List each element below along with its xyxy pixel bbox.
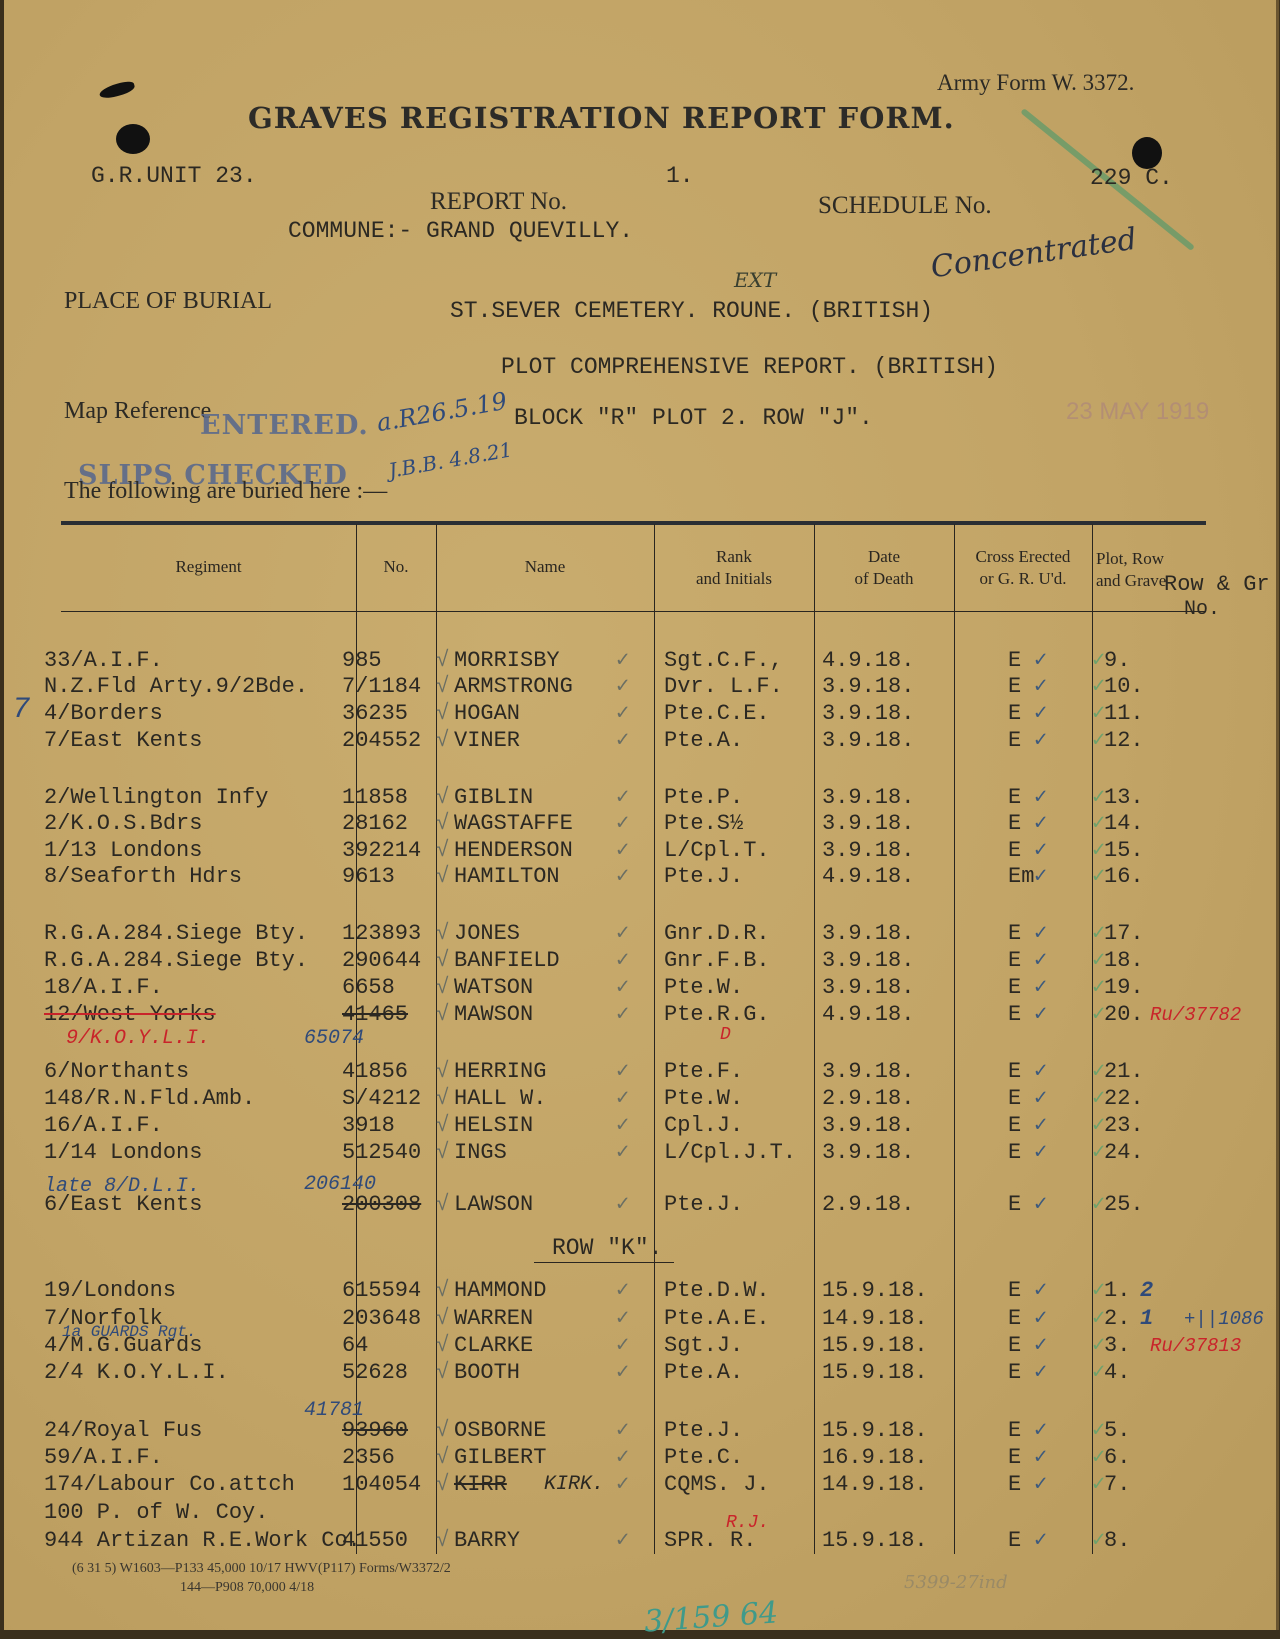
checkmark-icon: ✓ [1034,648,1047,674]
map-reference-label: Map Reference [64,398,211,425]
checkmark-icon: ✓ [1034,1278,1047,1304]
regiment-cell: 4/Borders [44,701,163,727]
grave-annotation: +||1086 [1184,1306,1264,1332]
checkmark-icon: ✓ [616,975,629,1001]
regiment-cell-line2: 100 P. of W. Coy. [44,1500,268,1526]
concentration-note: Concentrated [929,222,1139,286]
checkmark-icon: ✓ [616,1086,629,1112]
header-rank: Rank and Initials [654,546,814,590]
regiment-cell: 19/Londons [44,1278,176,1304]
name-cell: OSBORNE [454,1418,546,1444]
name-cell: ARMSTRONG [454,674,573,700]
grave-number-cell: 20. [1104,1002,1144,1028]
report-number-label: REPORT No. [430,188,567,216]
checkmark-icon: √ [436,1333,449,1359]
grave-number-cell: 24. [1104,1140,1144,1166]
table-row: 944 Artizan R.E.Work Co.41550BARRYSPR. R… [4,1528,1276,1554]
service-number-cell: 615594 [342,1278,421,1304]
service-number-cell: S/4212 [342,1086,421,1112]
cross-erected-cell: Em [1008,864,1034,890]
name-cell: VINER [454,728,520,754]
checkmark-icon: ✓ [1034,1086,1047,1112]
checkmark-icon: ✓ [1092,1002,1105,1028]
name-cell: HENDERSON [454,838,573,864]
table-row: 33/A.I.F.985MORRISBYSgt.C.F.,4.9.18.E9.√… [4,648,1276,674]
grave-number-cell: 12. [1104,728,1144,754]
checkmark-icon: ✓ [1092,1418,1105,1444]
regiment-cell: 18/A.I.F. [44,975,163,1001]
regiment-cell: 148/R.N.Fld.Amb. [44,1086,255,1112]
checkmark-icon: ✓ [616,1278,629,1304]
grave-annotation: Ru/37782 [1150,1002,1241,1028]
grave-annotation: Ru/37813 [1150,1333,1241,1359]
rank-initials-cell: Pte.J. [664,1192,743,1218]
date-of-death-cell: 3.9.18. [822,975,914,1001]
checkmark-icon: ✓ [616,1528,629,1554]
map-reference-value: BLOCK "R" PLOT 2. ROW "J". [514,405,873,431]
date-of-death-cell: 14.9.18. [822,1306,928,1332]
rank-initials-cell: Pte.A.E. [664,1306,770,1332]
checkmark-icon: √ [436,1528,449,1554]
checkmark-icon: ✓ [1034,864,1047,890]
grave-number-cell: 2. [1104,1306,1130,1332]
service-number-cell: 64 [342,1333,368,1359]
name-cell: WARREN [454,1306,533,1332]
checkmark-icon: ✓ [1092,1472,1105,1498]
rank-initials-cell: L/Cpl.J.T. [664,1140,796,1166]
name-cell: BOOTH [454,1360,520,1386]
date-of-death-cell: 15.9.18. [822,1278,928,1304]
checkmark-icon: √ [436,674,449,700]
table-row: 4/Borders36235HOGANPte.C.E.3.9.18.E11.√✓… [4,701,1276,727]
checkmark-icon: √ [436,1360,449,1386]
cross-erected-cell: E [1008,1360,1021,1386]
cross-erected-cell: E [1008,1418,1021,1444]
checkmark-icon: ✓ [1034,785,1047,811]
table-header-rule [61,611,1206,612]
cross-erected-cell: E [1008,1333,1021,1359]
checkmark-icon: ✓ [616,1472,629,1498]
cross-erected-cell: E [1008,1192,1021,1218]
table-row: 4/M.G.Guards64CLARKESgt.J.15.9.18.E3.√✓✓… [4,1333,1276,1359]
checkmark-icon: ✓ [616,1140,629,1166]
rank-initials-cell: Pte.S½ [664,811,743,837]
checkmark-icon: √ [436,728,449,754]
rank-initials-cell: Gnr.F.B. [664,948,770,974]
checkmark-icon: ✓ [616,1418,629,1444]
service-number-cell: 123893 [342,921,421,947]
checkmark-icon: √ [436,948,449,974]
cross-erected-cell: E [1008,785,1021,811]
name-cell: CLARKE [454,1333,533,1359]
date-of-death-cell: 3.9.18. [822,701,914,727]
checkmark-icon: √ [436,1445,449,1471]
grave-number-correction: 1 [1140,1306,1153,1332]
checkmark-icon: √ [436,838,449,864]
regiment-cell: 6/Northants [44,1059,189,1085]
regiment-cell: 16/A.I.F. [44,1113,163,1139]
table-row: 6/East Kents200308LAWSONPte.J.2.9.18.E25… [4,1192,1276,1218]
checkmark-icon: ✓ [1034,1306,1047,1332]
date-of-death-cell: 15.9.18. [822,1333,928,1359]
grave-number-cell: 5. [1104,1418,1130,1444]
date-of-death-cell: 3.9.18. [822,948,914,974]
service-number-cell: 7/1184 [342,674,421,700]
grave-number-cell: 19. [1104,975,1144,1001]
grave-number-cell: 18. [1104,948,1144,974]
header-number: No. [356,556,436,578]
name-cell: GILBERT [454,1445,546,1471]
name-cell: HAMILTON [454,864,560,890]
table-row: 1/13 Londons392214HENDERSONL/Cpl.T.3.9.1… [4,838,1276,864]
plot-report-line: PLOT COMPREHENSIVE REPORT. (BRITISH) [501,354,998,380]
checkmark-icon: √ [436,1192,449,1218]
checkmark-icon: ✓ [616,1002,629,1028]
place-of-burial-value: ST.SEVER CEMETERY. ROUNE. (BRITISH) [450,298,933,324]
checkmark-icon: ✓ [1092,864,1105,890]
rank-initials-cell: Cpl.J. [664,1113,743,1139]
rank-initials-cell: Pte.C. [664,1445,743,1471]
checkmark-icon: ✓ [616,864,629,890]
checkmark-icon: √ [436,1140,449,1166]
cross-erected-cell: E [1008,948,1021,974]
service-number-cell: 36235 [342,701,408,727]
grave-number-cell: 13. [1104,785,1144,811]
table-top-rule [61,521,1206,525]
form-title: GRAVES REGISTRATION REPORT FORM. [248,101,955,135]
report-number-value: 1. [666,163,694,189]
checkmark-icon: ✓ [1034,811,1047,837]
checkmark-icon: √ [436,1306,449,1332]
checkmark-icon: ✓ [1034,975,1047,1001]
table-row: 19/Londons615594HAMMONDPte.D.W.15.9.18.E… [4,1278,1276,1304]
rank-initials-cell: Pte.P. [664,785,743,811]
rank-initials-cell: Sgt.J. [664,1333,743,1359]
checkmark-icon: √ [436,1086,449,1112]
name-cell: BANFIELD [454,948,560,974]
checkmark-icon: ✓ [1092,1140,1105,1166]
date-of-death-cell: 3.9.18. [822,1113,914,1139]
cross-erected-cell: E [1008,1086,1021,1112]
checkmark-icon: ✓ [1092,1278,1105,1304]
service-number-cell: 290644 [342,948,421,974]
checkmark-icon: ✓ [1092,1306,1105,1332]
checkmark-icon: ✓ [1092,674,1105,700]
rank-initials-cell: Pte.J. [664,864,743,890]
checkmark-icon: ✓ [1034,701,1047,727]
table-row: N.Z.Fld Arty.9/2Bde.7/1184ARMSTRONGDvr. … [4,674,1276,700]
service-number-cell: 392214 [342,838,421,864]
table-row: 8/Seaforth Hdrs9613HAMILTONPte.J.4.9.18.… [4,864,1276,890]
date-of-death-cell: 3.9.18. [822,921,914,947]
table-row: 12/West Yorks41465MAWSONPte.R.G.4.9.18.E… [4,1002,1276,1028]
service-number-cell: 28162 [342,811,408,837]
schedule-number-label: SCHEDULE No. [818,192,992,220]
checkmark-icon: √ [436,1002,449,1028]
checkmark-icon: ✓ [1034,838,1047,864]
regiment-cell: 7/East Kents [44,728,202,754]
buried-here-label: The following are buried here :— [64,478,387,505]
regiment-cell: 24/Royal Fus [44,1418,202,1444]
rank-initials-cell: Gnr.D.R. [664,921,770,947]
header-plot-overtype: Row & Gr [1164,572,1270,597]
rank-initials-cell: Pte.D.W. [664,1278,770,1304]
grave-number-cell: 15. [1104,838,1144,864]
checkmark-icon: ✓ [1034,1472,1047,1498]
name-cell: INGS [454,1140,507,1166]
header-date-of-death: Date of Death [814,546,954,590]
checkmark-icon: ✓ [616,1360,629,1386]
cross-erected-cell: E [1008,728,1021,754]
service-number-cell: 3918 [342,1113,395,1139]
name-cell: HAMMOND [454,1278,546,1304]
rank-initials-cell: Sgt.C.F., [664,648,783,674]
checkmark-icon: ✓ [616,701,629,727]
checkmark-icon: ✓ [1034,1418,1047,1444]
service-number-correction: 65074 [304,1026,364,1052]
date-of-death-cell: 4.9.18. [822,648,914,674]
rank-initials-cell: Dvr. L.F. [664,674,783,700]
regiment-correction: late 8/D.L.I. [44,1174,200,1200]
regiment-cell: 2/4 K.O.Y.L.I. [44,1360,229,1386]
place-of-burial-label: PLACE OF BURIAL [64,288,272,315]
row-k-label: ROW "K". [552,1235,662,1261]
service-number-cell: 2356 [342,1445,395,1471]
service-number-cell: 985 [342,648,382,674]
date-of-death-cell: 4.9.18. [822,864,914,890]
name-cell: HALL W. [454,1086,546,1112]
service-number-cell: 203648 [342,1306,421,1332]
header-plot-overtype-no: No. [1184,598,1220,621]
regiment-cell: 59/A.I.F. [44,1445,163,1471]
cross-erected-cell: E [1008,838,1021,864]
table-row: R.G.A.284.Siege Bty.290644BANFIELDGnr.F.… [4,948,1276,974]
regiment-cell: 1/13 Londons [44,838,202,864]
header-name: Name [436,556,654,578]
table-row: 2/Wellington Infy11858GIBLINPte.P.3.9.18… [4,785,1276,811]
regiment-cell: 8/Seaforth Hdrs [44,864,242,890]
header-plot-row-grave: Plot, Row and Grave [1096,548,1166,592]
checkmark-icon: ✓ [616,785,629,811]
checkmark-icon: ✓ [616,811,629,837]
service-number-cell: 41550 [342,1528,408,1554]
cross-erected-cell: E [1008,1278,1021,1304]
date-received-stamp: 23 MAY 1919 [1066,398,1209,426]
checkmark-icon: ✓ [1092,1086,1105,1112]
checkmark-icon: √ [436,648,449,674]
cross-erected-cell: E [1008,921,1021,947]
table-row: 6/Northants41856HERRINGPte.F.3.9.18.E21.… [4,1059,1276,1085]
name-cell: WAGSTAFFE [454,811,573,837]
rank-initials-cell: Pte.C.E. [664,701,770,727]
checkmark-icon: √ [436,864,449,890]
checkmark-icon: ✓ [1034,1360,1047,1386]
rank-initials-cell: Pte.W. [664,975,743,1001]
cross-erected-cell: E [1008,674,1021,700]
checkmark-icon: ✓ [1034,1333,1047,1359]
name-cell: MAWSON [454,1002,533,1028]
regiment-cell: 2/Wellington Infy [44,785,268,811]
table-row: 2/4 K.O.Y.L.I.52628BOOTHPte.A.15.9.18.E4… [4,1360,1276,1386]
checkmark-icon: ✓ [1092,1059,1105,1085]
cross-erected-cell: E [1008,648,1021,674]
checkmark-icon: ✓ [616,1192,629,1218]
date-of-death-cell: 2.9.18. [822,1086,914,1112]
checkmark-icon: ✓ [616,948,629,974]
print-reference-line1: (6 31 5) W1603—P133 45,000 10/17 HWV(P11… [72,1561,451,1577]
regiment-cell: 944 Artizan R.E.Work Co. [44,1528,361,1554]
entered-stamp: ENTERED. [200,410,369,441]
checkmark-icon: ✓ [1092,921,1105,947]
grave-number-cell: 10. [1104,674,1144,700]
checkmark-icon: ✓ [1092,1113,1105,1139]
service-number-correction: 41781 [304,1398,364,1424]
report-form-page: Army Form W. 3372. GRAVES REGISTRATION R… [4,0,1279,1630]
service-number-correction: 206140 [304,1172,376,1198]
checkmark-icon: ✓ [1034,1140,1047,1166]
checkmark-icon: ✓ [1092,975,1105,1001]
checkmark-icon: ✓ [1092,1360,1105,1386]
table-row: 174/Labour Co.attch104054KIRRCQMS. J.14.… [4,1472,1276,1498]
checkmark-icon: ✓ [1034,728,1047,754]
rank-initials-cell: CQMS. J. [664,1472,770,1498]
name-cell: BARRY [454,1528,520,1554]
header-cross-erected: Cross Erected or G. R. U'd. [954,546,1092,590]
cross-erected-cell: E [1008,1306,1021,1332]
rank-initials-cell: Pte.J. [664,1418,743,1444]
grave-number-correction: 2 [1140,1278,1153,1304]
regiment-correction: 1a GUARDS Rgt. [62,1319,196,1345]
checkmark-icon: ✓ [616,674,629,700]
cross-erected-cell: E [1008,1113,1021,1139]
date-of-death-cell: 3.9.18. [822,785,914,811]
grave-number-cell: 25. [1104,1192,1144,1218]
grave-number-cell: 3. [1104,1333,1130,1359]
grave-number-cell: 23. [1104,1113,1144,1139]
checkmark-icon: ✓ [1092,811,1105,837]
date-of-death-cell: 3.9.18. [822,728,914,754]
date-of-death-cell: 4.9.18. [822,1002,914,1028]
table-row: 7/East Kents204552VINERPte.A.3.9.18.E12.… [4,728,1276,754]
rank-initials-cell: Pte.F. [664,1059,743,1085]
checkmark-icon: ✓ [1034,674,1047,700]
pencil-note: 5399-27ind [904,1572,1008,1593]
rank-initials-cell: Pte.R.G. [664,1002,770,1028]
name-cell: WATSON [454,975,533,1001]
grave-number-cell: 11. [1104,701,1144,727]
row-k-underline [534,1262,674,1263]
date-of-death-cell: 15.9.18. [822,1360,928,1386]
date-of-death-cell: 3.9.18. [822,1140,914,1166]
service-number-cell: 41465 [342,1002,408,1028]
checkmark-icon: ✓ [1092,1192,1105,1218]
checkmark-icon: ✓ [1092,1528,1105,1554]
cross-erected-cell: E [1008,1002,1021,1028]
commune: COMMUNE:- GRAND QUEVILLY. [288,218,633,244]
regiment-cell: R.G.A.284.Siege Bty. [44,948,308,974]
rank-correction: R.J. [726,1510,769,1536]
date-of-death-cell: 2.9.18. [822,1192,914,1218]
grave-number-cell: 6. [1104,1445,1130,1471]
regiment-correction: 7 [12,697,30,723]
table-row: 16/A.I.F.3918HELSINCpl.J.3.9.18.E23.√✓✓✓ [4,1113,1276,1139]
print-reference-line2: 144—P908 70,000 4/18 [180,1580,314,1596]
checkmark-icon: √ [436,1278,449,1304]
checkmark-icon: ✓ [1092,728,1105,754]
date-of-death-cell: 3.9.18. [822,1059,914,1085]
service-number-cell: 6658 [342,975,395,1001]
checkmark-icon: √ [436,1418,449,1444]
checkmark-icon: ✓ [616,1306,629,1332]
table-row: 148/R.N.Fld.Amb.S/4212HALL W.Pte.W.2.9.1… [4,1086,1276,1112]
cross-erected-cell: E [1008,975,1021,1001]
name-cell: MORRISBY [454,648,560,674]
cross-erected-cell: E [1008,1445,1021,1471]
date-of-death-cell: 16.9.18. [822,1445,928,1471]
table-row: 59/A.I.F.2356GILBERTPte.C.16.9.18.E6.√✓✓… [4,1445,1276,1471]
grave-number-cell: 9. [1104,648,1130,674]
checkmark-icon: ✓ [1034,1059,1047,1085]
service-number-cell: 41856 [342,1059,408,1085]
regiment-cell: R.G.A.284.Siege Bty. [44,921,308,947]
cross-erected-cell: E [1008,1140,1021,1166]
checkmark-icon: ✓ [1092,948,1105,974]
regiment-cell: 2/K.O.S.Bdrs [44,811,202,837]
grave-number-cell: 16. [1104,864,1144,890]
grave-number-cell: 21. [1104,1059,1144,1085]
grave-number-cell: 17. [1104,921,1144,947]
date-of-death-cell: 3.9.18. [822,811,914,837]
service-number-cell: 204552 [342,728,421,754]
rank-initials-cell: L/Cpl.T. [664,838,770,864]
checkmark-icon: ✓ [1034,1113,1047,1139]
grave-number-cell: 14. [1104,811,1144,837]
regiment-cell: N.Z.Fld Arty.9/2Bde. [44,674,308,700]
name-cell: HOGAN [454,701,520,727]
regiment-cell: 1/14 Londons [44,1140,202,1166]
date-of-death-cell: 15.9.18. [822,1418,928,1444]
regiment-cell: 12/West Yorks [44,1002,216,1028]
checkmark-icon: ✓ [1034,1528,1047,1554]
checkmark-icon: ✓ [616,1113,629,1139]
checkmark-icon: ✓ [1092,701,1105,727]
checkmark-icon: √ [436,1472,449,1498]
service-number-cell: 104054 [342,1472,421,1498]
service-number-cell: 9613 [342,864,395,890]
cross-erected-cell: E [1008,811,1021,837]
date-of-death-cell: 3.9.18. [822,674,914,700]
checkmark-icon: ✓ [1092,785,1105,811]
checkmark-icon: ✓ [1092,838,1105,864]
grave-number-cell: 22. [1104,1086,1144,1112]
grave-number-cell: 7. [1104,1472,1130,1498]
checkmark-icon: ✓ [616,921,629,947]
cross-erected-cell: E [1008,1528,1021,1554]
ink-blot [116,124,150,154]
regiment-cell: 33/A.I.F. [44,648,163,674]
rank-correction: D [720,1022,731,1048]
map-reference-handwritten: a.R26.5.19 [375,387,509,437]
checkmark-icon: ✓ [1034,1002,1047,1028]
service-number-cell: 52628 [342,1360,408,1386]
date-of-death-cell: 3.9.18. [822,838,914,864]
green-reference-number: 3/159 64 [643,1595,779,1639]
checkmark-icon: ✓ [616,1059,629,1085]
checkmark-icon: ✓ [1034,1445,1047,1471]
grave-number-cell: 1. [1104,1278,1130,1304]
name-cell: HELSIN [454,1113,533,1139]
place-annotation: EXT [734,268,776,292]
